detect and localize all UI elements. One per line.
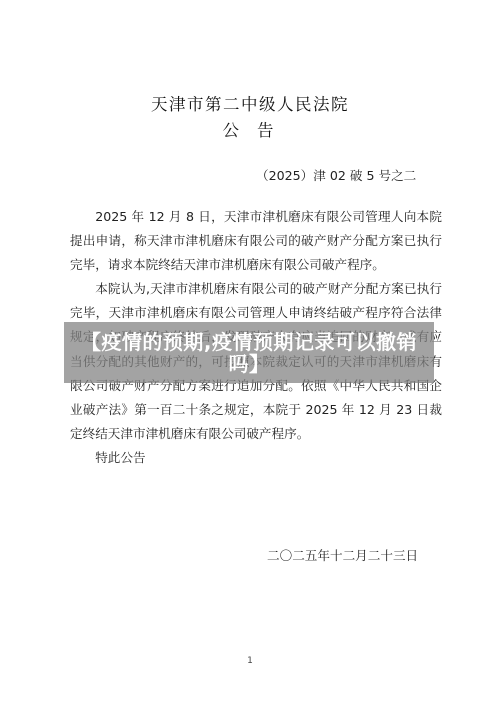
date-signed: 二〇二五年十二月二十三日 [267, 545, 418, 564]
article-title-banner: 【疫情的预期,疫情预期记录可以撤销吗】 [64, 322, 434, 383]
paragraph-closing: 特此公告 [70, 446, 442, 470]
article-title[interactable]: 【疫情的预期,疫情预期记录可以撤销吗】 [79, 331, 419, 375]
paragraph-application: 2025 年 12 月 8 日，天津市津机磨床有限公司管理人向本院提出申请，称天… [70, 205, 442, 277]
case-number: （2025）津 02 破 5 号之二 [256, 165, 416, 184]
page-number: 1 [0, 656, 500, 666]
notice-title: 公告 [0, 117, 500, 141]
court-name: 天津市第二中级人民法院 [0, 91, 500, 115]
